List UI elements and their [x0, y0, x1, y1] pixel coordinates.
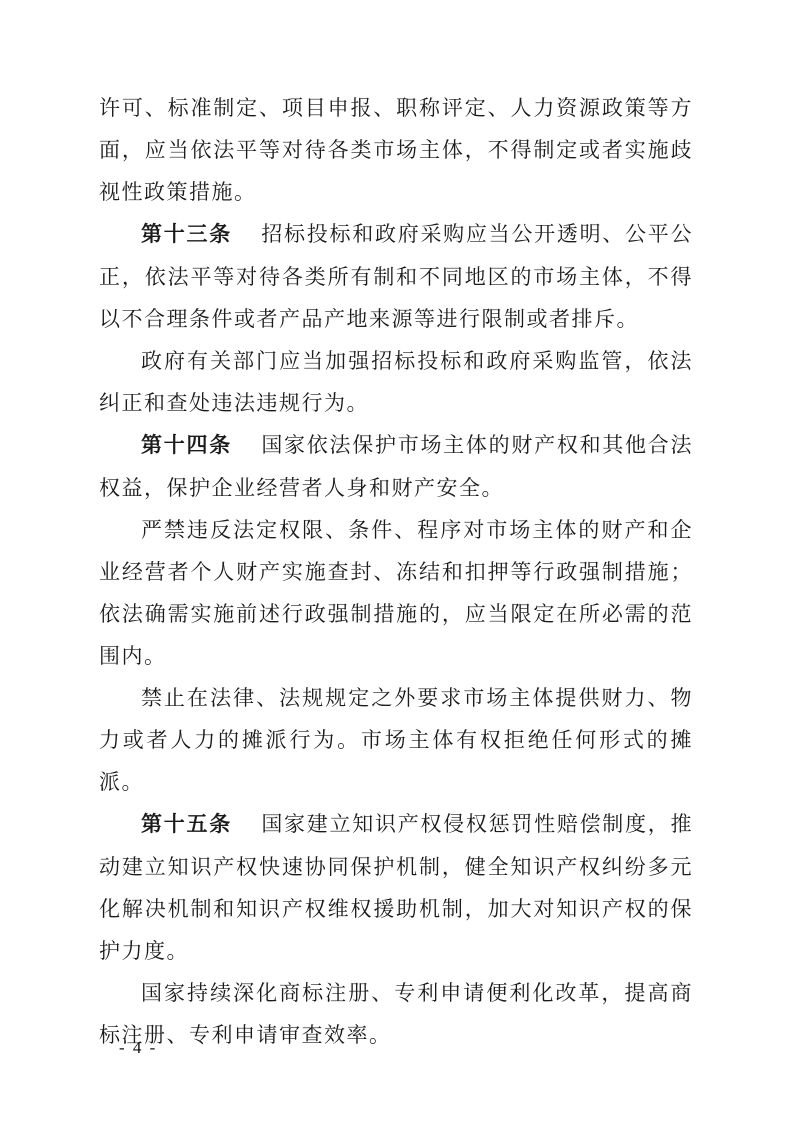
paragraph-article-13-clause-2: 政府有关部门应当加强招标投标和政府采购监管，依法纠正和查处违法违规行为。: [99, 340, 693, 424]
paragraph-text: 国家持续深化商标注册、专利申请便利化改革，提高商标注册、专利申请审查效率。: [99, 981, 693, 1047]
document-body: 许可、标准制定、项目申报、职称评定、人力资源政策等方面，应当依法平等对待各类市场…: [99, 87, 693, 1056]
paragraph-article-14-clause-3: 禁止在法律、法规规定之外要求市场主体提供财力、物力或者人力的摊派行为。市场主体有…: [99, 677, 693, 803]
page-number: - 4 -: [119, 1038, 157, 1058]
article-15-number: 第十五条: [141, 813, 232, 836]
paragraph-article-14-clause-2: 严禁违反法定权限、条件、程序对市场主体的财产和企业经营者个人财产实施查封、冻结和…: [99, 509, 693, 677]
paragraph-text: 严禁违反法定权限、条件、程序对市场主体的财产和企业经营者个人财产实施查封、冻结和…: [99, 518, 693, 668]
article-13-number: 第十三条: [141, 223, 232, 246]
paragraph-text: 许可、标准制定、项目申报、职称评定、人力资源政策等方面，应当依法平等对待各类市场…: [99, 96, 693, 204]
paragraph-text: 禁止在法律、法规规定之外要求市场主体提供财力、物力或者人力的摊派行为。市场主体有…: [99, 686, 693, 794]
article-14-number: 第十四条: [141, 434, 232, 457]
paragraph-continued: 许可、标准制定、项目申报、职称评定、人力资源政策等方面，应当依法平等对待各类市场…: [99, 87, 693, 213]
paragraph-article-15: 第十五条国家建立知识产权侵权惩罚性赔偿制度，推动建立知识产权快速协同保护机制，健…: [99, 803, 693, 972]
paragraph-article-13: 第十三条招标投标和政府采购应当公开透明、公平公正，依法平等对待各类所有制和不同地…: [99, 213, 693, 340]
paragraph-text: 政府有关部门应当加强招标投标和政府采购监管，依法纠正和查处违法违规行为。: [99, 349, 693, 415]
document-page: 许可、标准制定、项目申报、职称评定、人力资源政策等方面，应当依法平等对待各类市场…: [0, 0, 793, 1122]
paragraph-article-15-clause-2: 国家持续深化商标注册、专利申请便利化改革，提高商标注册、专利申请审查效率。: [99, 972, 693, 1056]
paragraph-article-14: 第十四条国家依法保护市场主体的财产权和其他合法权益，保护企业经营者人身和财产安全…: [99, 424, 693, 509]
